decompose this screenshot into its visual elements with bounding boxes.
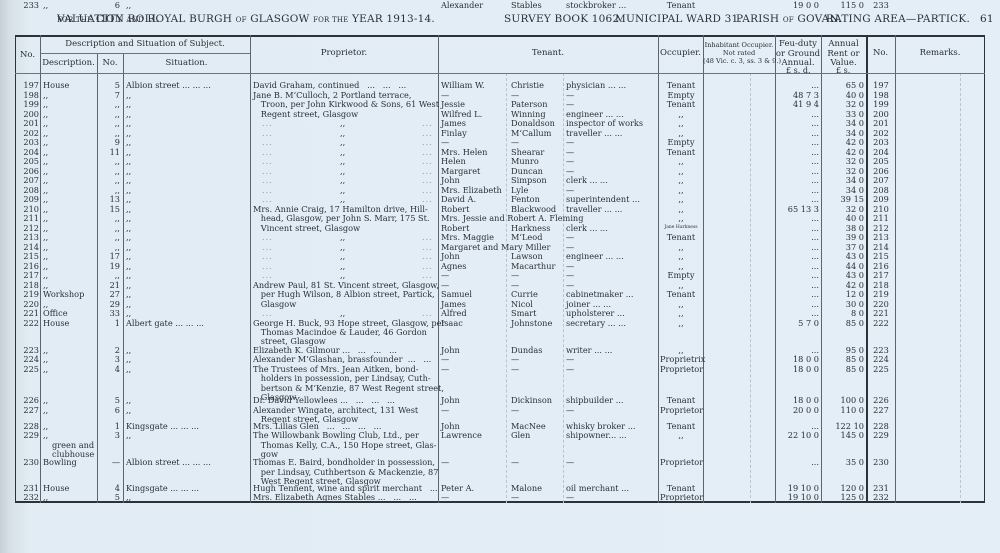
row-number-right: 203	[868, 137, 894, 147]
row-occupier: ,,	[660, 156, 702, 166]
municipal-ward: MUNICIPAL WARD 31.	[615, 13, 742, 25]
row-house-number: 13	[97, 194, 120, 204]
page-header: VALUATION ROLL FOR THE CITY AND ROYAL BU…	[0, 13, 1000, 27]
row-feu-duty: 18 0 0	[777, 354, 819, 364]
ditto-mark: ,,	[340, 232, 345, 242]
row-number-right: 229	[868, 430, 894, 440]
row-feu-duty: ...	[777, 270, 819, 280]
row-situation: ,,	[126, 354, 248, 364]
ellipsis-mark: ...	[422, 175, 433, 185]
tenant-surname: Stables	[511, 0, 563, 10]
row-number: 209	[15, 194, 39, 204]
row-occupier: Tenant	[660, 232, 702, 242]
row-number: 205	[15, 156, 39, 166]
tenant-surname: —	[511, 270, 563, 280]
proprietor-line: Troon, per John Kirkwood & Sons, 61 West	[253, 99, 436, 109]
row-occupier: ,,	[660, 118, 702, 128]
ellipsis-mark: ...	[262, 232, 273, 242]
row-annual-rent: 85 0	[823, 318, 864, 328]
row-number-right: 226	[868, 395, 894, 405]
row-feu-duty: 20 0 0	[777, 405, 819, 415]
col-no: No.	[15, 51, 40, 61]
row-description: ,,	[43, 232, 97, 242]
row-situation: ,,	[126, 213, 248, 223]
rule	[895, 35, 896, 503]
tenant-occupation: —	[566, 270, 656, 280]
row-situation: ,,	[126, 251, 248, 261]
row-situation: Albion street ... ... ...	[126, 80, 248, 90]
row-description: ,,	[43, 364, 97, 374]
rule	[703, 35, 704, 503]
tenant-occupation: physician ... ...	[566, 80, 656, 90]
row-number: 225	[15, 364, 39, 374]
col-inhabitant: Inhabitant Occupier. Not rated (48 Vic. …	[703, 41, 775, 65]
tenant-occupation: secretary ... ...	[566, 318, 656, 328]
row-description: ,,	[43, 213, 97, 223]
tenant-occupation: —	[566, 354, 656, 364]
rule	[40, 35, 41, 503]
tenant-surname: Currie	[511, 289, 563, 299]
rule	[960, 73, 961, 503]
row-annual-rent: 115 0	[823, 0, 864, 10]
tenant-occupation: stockbroker ...	[566, 0, 656, 10]
row-house-number: 33	[97, 308, 120, 318]
row-number: 203	[15, 137, 39, 147]
tenant-surname: Munro	[511, 156, 563, 166]
feu-units: £ s. d.	[786, 66, 811, 75]
ellipsis-mark: ...	[422, 156, 433, 166]
rule	[658, 35, 659, 503]
row-situation: Albert gate ... ... ...	[126, 318, 248, 328]
row-house-number: 6	[97, 0, 120, 10]
ellipsis-mark: ...	[262, 270, 273, 280]
row-number-right: 213	[868, 232, 894, 242]
row-occupier: ,,	[660, 175, 702, 185]
row-occupier: ,,	[660, 318, 702, 328]
row-house-number: ,,	[97, 213, 120, 223]
row-annual-rent: 125 0	[823, 492, 864, 502]
tenant-occupation: cabinetmaker ...	[566, 289, 656, 299]
ditto-mark: ,,	[340, 175, 345, 185]
row-annual-rent: 43 0	[823, 270, 864, 280]
survey-book: SURVEY BOOK 1062.	[504, 13, 623, 25]
row-annual-rent: 40 0	[823, 213, 864, 223]
rule	[563, 73, 564, 503]
row-house-number: 4	[97, 364, 120, 374]
row-situation: ,,	[126, 270, 248, 280]
tenant-occupation: —	[566, 99, 656, 109]
row-feu-duty: ...	[777, 156, 819, 166]
row-description: ,,	[43, 395, 97, 405]
row-number: 232	[15, 492, 39, 502]
col-tenant: Tenant.	[438, 49, 658, 59]
tenant-occupation: clerk ... ...	[566, 175, 656, 185]
row-annual-rent: 43 0	[823, 251, 864, 261]
row-feu-duty: ...	[777, 175, 819, 185]
row-house-number: —	[97, 457, 120, 467]
proprietor-line: head, Glasgow, per John S. Marr, 175 St.	[253, 213, 436, 223]
row-number-right: 233	[868, 0, 894, 10]
row-number: 222	[15, 318, 39, 328]
rule	[250, 35, 251, 503]
ellipsis-mark: ...	[262, 251, 273, 261]
row-feu-duty: ...	[777, 308, 819, 318]
row-feu-duty: ...	[777, 137, 819, 147]
ellipsis-mark: ...	[422, 270, 433, 280]
row-description: Workshop	[43, 289, 97, 299]
tenant-occupation: shipowner... ...	[566, 430, 656, 440]
row-occupier: Tenant	[660, 99, 702, 109]
row-number-right: 219	[868, 289, 894, 299]
row-number: 219	[15, 289, 39, 299]
col-description: Description.	[40, 59, 97, 69]
row-number-right: 227	[868, 405, 894, 415]
row-annual-rent: 100 0	[823, 395, 864, 405]
ellipsis-mark: ...	[262, 137, 273, 147]
row-feu-duty: 18 0 0	[777, 364, 819, 374]
col-annual-rent: Annual Rent or Value.	[821, 40, 866, 69]
row-situation: Albion street ... ... ...	[126, 457, 248, 467]
row-feu-duty: ...	[777, 232, 819, 242]
row-feu-duty: 5 7 0	[777, 318, 819, 328]
col-feu-duty: Feu-duty or Ground Annual.	[775, 40, 821, 69]
row-number-right: 222	[868, 318, 894, 328]
ditto-mark: ,,	[340, 194, 345, 204]
row-number: 224	[15, 354, 39, 364]
tenant-surname: Donaldson	[511, 118, 563, 128]
row-house-number: 9	[97, 137, 120, 147]
row-situation: ,,	[126, 405, 248, 415]
row-number: 229	[15, 430, 39, 440]
row-description: ,,	[43, 99, 97, 109]
row-number-right: 215	[868, 251, 894, 261]
tenant-surname: —	[511, 354, 563, 364]
ellipsis-mark: ...	[422, 232, 433, 242]
row-number-right: 209	[868, 194, 894, 204]
row-number: 213	[15, 232, 39, 242]
tenant-first-name: Mrs. Jessie and Robert A. Fleming	[441, 213, 561, 223]
row-annual-rent: 145 0	[823, 430, 864, 440]
row-feu-duty: 41 9 4	[777, 99, 819, 109]
row-number-right: 225	[868, 364, 894, 374]
row-number: 197	[15, 80, 39, 90]
rating-area: RATING AREA—PARTICK.	[826, 13, 970, 25]
tenant-surname: M‘Leod	[511, 232, 563, 242]
row-situation: ,,	[126, 232, 248, 242]
row-annual-rent: 12 0	[823, 289, 864, 299]
row-occupier: Proprietor	[660, 405, 702, 415]
row-occupier: Tenant	[660, 395, 702, 405]
row-house-number: ,,	[97, 270, 120, 280]
page-number: 61	[980, 13, 994, 25]
ellipsis-mark: ...	[262, 156, 273, 166]
row-description: ,,	[43, 270, 97, 280]
row-house-number: 1	[97, 318, 120, 328]
tenant-surname: Dickinson	[511, 395, 563, 405]
row-feu-duty: 22 10 0	[777, 430, 819, 440]
row-description: ,,	[43, 194, 97, 204]
row-feu-duty: ...	[777, 118, 819, 128]
row-occupier: Proprietor	[660, 457, 702, 467]
rule	[40, 53, 250, 54]
row-description: ,,	[43, 354, 97, 364]
row-number-right: 197	[868, 80, 894, 90]
row-house-number: 17	[97, 251, 120, 261]
row-annual-rent: 42 0	[823, 137, 864, 147]
tenant-surname: Glen	[511, 430, 563, 440]
col-proprietor: Proprietor.	[250, 49, 438, 59]
tenant-occupation: —	[566, 492, 656, 502]
row-number-right: 224	[868, 354, 894, 364]
row-occupier: Empty	[660, 137, 702, 147]
tenant-occupation: inspector of works	[566, 118, 656, 128]
row-house-number: ,,	[97, 232, 120, 242]
row-feu-duty: 19 0 0	[777, 0, 819, 10]
row-house-number: 5	[97, 80, 120, 90]
ellipsis-mark: ...	[422, 251, 433, 261]
tenant-surname: Paterson	[511, 99, 563, 109]
row-number-right: 221	[868, 308, 894, 318]
tenant-occupation: engineer ... ...	[566, 251, 656, 261]
row-house-number: 27	[97, 289, 120, 299]
rule	[750, 73, 751, 503]
tenant-occupation: upholsterer ...	[566, 308, 656, 318]
row-number-right: 205	[868, 156, 894, 166]
row-house-number: ,,	[97, 156, 120, 166]
ellipsis-mark: ...	[262, 194, 273, 204]
row-description: ,,	[43, 137, 97, 147]
row-annual-rent: 85 0	[823, 364, 864, 374]
row-occupier: ,,	[660, 251, 702, 261]
row-annual-rent: 34 0	[823, 118, 864, 128]
row-situation: ,,	[126, 492, 248, 502]
row-description: ,,	[43, 156, 97, 166]
row-description: ,,	[43, 0, 97, 10]
row-number: 211	[15, 213, 39, 223]
row-situation: ,,	[126, 137, 248, 147]
row-occupier: ,,	[660, 213, 702, 223]
tenant-occupation: —	[566, 232, 656, 242]
row-annual-rent: 34 0	[823, 175, 864, 185]
row-number: 230	[15, 457, 39, 467]
row-feu-duty: 18 0 0	[777, 395, 819, 405]
row-feu-duty: ...	[777, 457, 819, 467]
proprietor-line: David Graham, continued ... ... ...	[253, 80, 436, 90]
ditto-mark: ,,	[340, 137, 345, 147]
row-description: ,,	[43, 492, 97, 502]
row-occupier: Tenant	[660, 0, 702, 10]
row-number-right: 207	[868, 175, 894, 185]
row-occupier: ,,	[660, 194, 702, 204]
row-feu-duty: ...	[777, 194, 819, 204]
ditto-mark: ,,	[340, 156, 345, 166]
row-number: 221	[15, 308, 39, 318]
ellipsis-mark: ...	[422, 194, 433, 204]
ellipsis-mark: ...	[422, 308, 433, 318]
tenant-occupation: shipbuilder ...	[566, 395, 656, 405]
row-description: House	[43, 318, 97, 328]
row-number-right: 230	[868, 457, 894, 467]
row-number-right: 199	[868, 99, 894, 109]
row-number: 215	[15, 251, 39, 261]
row-annual-rent: 85 0	[823, 354, 864, 364]
rent-units: £ s.	[836, 66, 850, 75]
row-description: ,,	[43, 430, 97, 440]
row-number: 207	[15, 175, 39, 185]
col-situation: Situation.	[123, 59, 250, 69]
col-remarks: Remarks.	[895, 49, 985, 59]
row-feu-duty: ...	[777, 80, 819, 90]
row-situation: ,,	[126, 308, 248, 318]
col-occupier: Occupier.	[658, 49, 703, 59]
row-house-number: ,,	[97, 118, 120, 128]
proprietor-line: Mrs. Elizabeth Agnes Stables ... ... ...	[253, 492, 436, 502]
row-occupier: Proprietrix	[660, 354, 702, 364]
row-feu-duty: ...	[777, 289, 819, 299]
rule	[821, 35, 822, 503]
row-description-continued: clubhouse	[52, 449, 94, 459]
proprietor-line: Dr. David Yellowlees ... ... ... ...	[253, 395, 436, 405]
row-number-right: 217	[868, 270, 894, 280]
row-number-right: 211	[868, 213, 894, 223]
ditto-mark: ,,	[340, 270, 345, 280]
tenant-surname: —	[511, 492, 563, 502]
row-annual-rent: 39 15	[823, 194, 864, 204]
row-occupier: Tenant	[660, 80, 702, 90]
tenant-surname: —	[511, 137, 563, 147]
row-situation: ,,	[126, 194, 248, 204]
tenant-occupation: superintendent ...	[566, 194, 656, 204]
proprietor-line: holders in possession, per Lindsay, Cuth…	[253, 373, 436, 383]
tenant-occupation: —	[566, 156, 656, 166]
tenant-surname: Fenton	[511, 194, 563, 204]
row-feu-duty: ...	[777, 251, 819, 261]
tenant-surname: Lawson	[511, 251, 563, 261]
row-annual-rent: 32 0	[823, 99, 864, 109]
tenant-occupation: —	[566, 137, 656, 147]
ditto-mark: ,,	[340, 308, 345, 318]
row-description: ,,	[43, 118, 97, 128]
row-house-number: 3	[97, 354, 120, 364]
row-number: 199	[15, 99, 39, 109]
ditto-mark: ,,	[340, 251, 345, 261]
row-situation: ,,	[126, 430, 248, 440]
row-situation: ,,	[126, 175, 248, 185]
tenant-surname: —	[511, 405, 563, 415]
row-situation: ,,	[126, 364, 248, 374]
row-description: Office	[43, 308, 97, 318]
tenant-occupation: —	[566, 457, 656, 467]
tenant-surname: Johnstone	[511, 318, 563, 328]
row-situation: ,,	[126, 0, 248, 10]
row-situation: ,,	[126, 99, 248, 109]
row-number: 217	[15, 270, 39, 280]
row-description: ,,	[43, 405, 97, 415]
row-number: 226	[15, 395, 39, 405]
row-number-right: 201	[868, 118, 894, 128]
proprietor-line: Thomas E. Baird, bondholder in possessio…	[253, 457, 436, 467]
row-annual-rent: 65 0	[823, 80, 864, 90]
row-description: ,,	[43, 251, 97, 261]
row-number-right: 232	[868, 492, 894, 502]
tenant-surname: —	[511, 364, 563, 374]
ledger-page: VALUATION ROLL FOR THE CITY AND ROYAL BU…	[0, 0, 1000, 553]
row-number: 233	[15, 0, 39, 10]
row-house-number: ,,	[97, 175, 120, 185]
tenant-occupation: —	[566, 405, 656, 415]
row-house-number: 5	[97, 492, 120, 502]
row-annual-rent: 39 0	[823, 232, 864, 242]
row-occupier: Tenant	[660, 289, 702, 299]
row-annual-rent: 8 0	[823, 308, 864, 318]
row-occupier: ,,	[660, 430, 702, 440]
tenant-surname: Smart	[511, 308, 563, 318]
col-description-group: Description and Situation of Subject.	[40, 40, 250, 50]
col-no-right: No.	[866, 49, 895, 59]
row-occupier: Empty	[660, 270, 702, 280]
ellipsis-mark: ...	[262, 308, 273, 318]
row-annual-rent: 110 0	[823, 405, 864, 415]
row-occupier: Proprietor	[660, 492, 702, 502]
row-annual-rent: 35 0	[823, 457, 864, 467]
row-situation: ,,	[126, 289, 248, 299]
ellipsis-mark: ...	[422, 137, 433, 147]
row-house-number: 5	[97, 395, 120, 405]
row-situation: ,,	[126, 395, 248, 405]
rule	[123, 53, 124, 503]
proprietor-line: The Willowbank Bowling Club, Ltd., per	[253, 430, 436, 440]
row-number: 201	[15, 118, 39, 128]
rule	[775, 35, 776, 503]
row-annual-rent: 32 0	[823, 156, 864, 166]
proprietor-line: Alexander M‘Glashan, brassfounder ... ..…	[253, 354, 436, 364]
tenant-surname: —	[511, 457, 563, 467]
proprietor-line: per Hugh Wilson, 8 Albion street, Partic…	[253, 289, 436, 299]
row-feu-duty: ...	[777, 213, 819, 223]
col-number: No.	[97, 59, 123, 69]
ellipsis-mark: ...	[422, 118, 433, 128]
row-number: 227	[15, 405, 39, 415]
row-feu-duty: 19 10 0	[777, 492, 819, 502]
row-occupier: ,,	[660, 308, 702, 318]
row-occupier: Proprietor	[660, 364, 702, 374]
tenant-occupation: —	[566, 364, 656, 374]
row-house-number: 6	[97, 405, 120, 415]
ellipsis-mark: ...	[262, 118, 273, 128]
row-house-number: ,,	[97, 99, 120, 109]
row-description: ,,	[43, 175, 97, 185]
roll-title: VALUATION ROLL FOR THE CITY AND ROYAL BU…	[57, 13, 435, 25]
row-description: House	[43, 80, 97, 90]
row-situation: ,,	[126, 156, 248, 166]
ditto-mark: ,,	[340, 118, 345, 128]
row-situation: ,,	[126, 118, 248, 128]
ellipsis-mark: ...	[262, 175, 273, 185]
row-house-number: 3	[97, 430, 120, 440]
tenant-surname: Simpson	[511, 175, 563, 185]
tenant-surname: Christie	[511, 80, 563, 90]
